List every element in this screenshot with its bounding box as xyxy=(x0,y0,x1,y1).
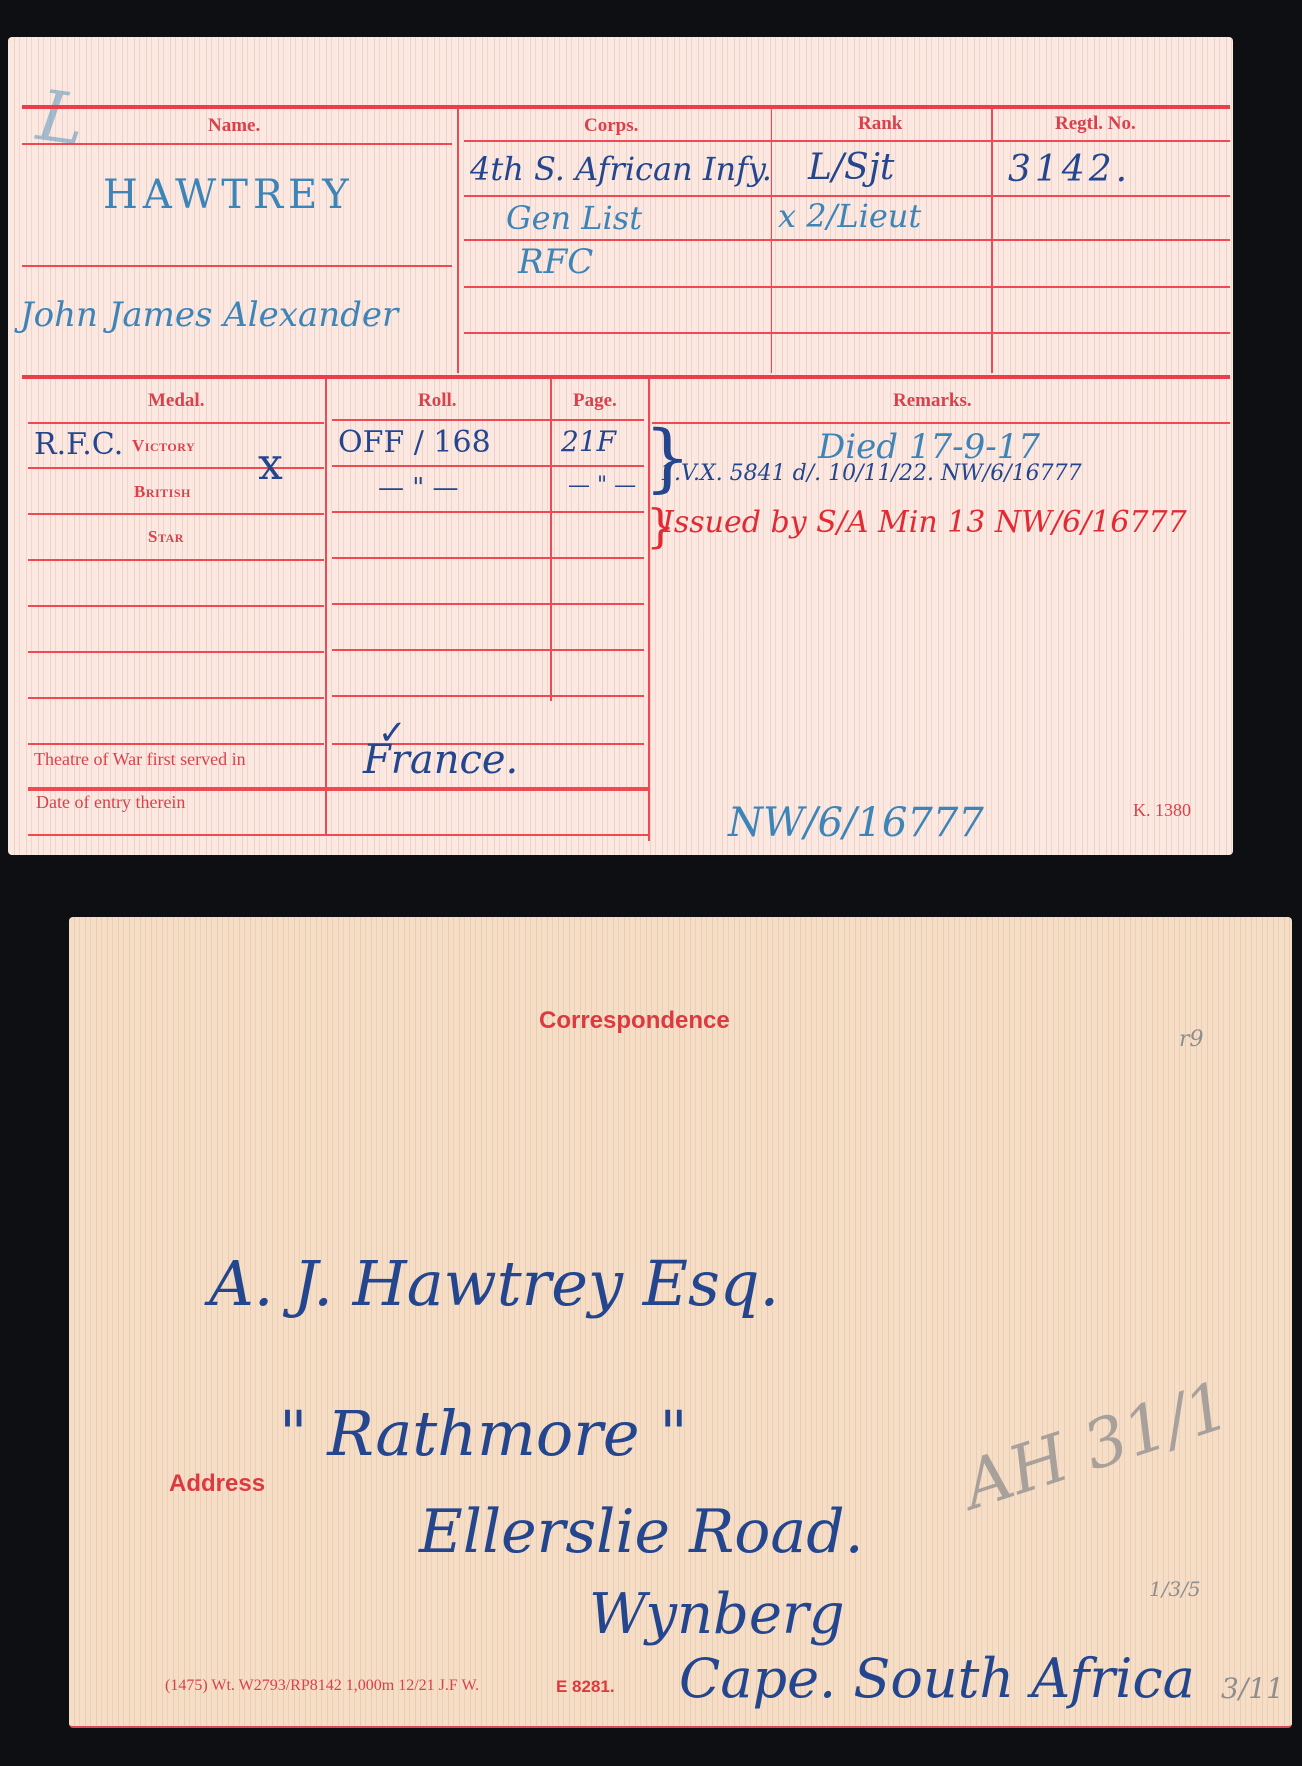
rule xyxy=(28,422,324,424)
pencil-small-note: 1/3/5 xyxy=(1149,1577,1201,1601)
divider xyxy=(550,379,552,701)
header-regtl-no: Regtl. No. xyxy=(1055,113,1136,135)
medal-british: British xyxy=(134,482,191,502)
corps-entry-3: RFC xyxy=(518,242,593,282)
rule xyxy=(22,265,452,267)
rule xyxy=(28,513,324,515)
footer-reference: NW/6/16777 xyxy=(728,800,984,846)
address-line-5: Cape. South Africa xyxy=(679,1647,1195,1710)
roll-british: — " — xyxy=(378,473,459,503)
rule xyxy=(332,557,644,559)
address-label: Address xyxy=(169,1470,265,1498)
rule xyxy=(28,559,324,561)
theatre-value: France. xyxy=(363,737,518,783)
corner-pencil-mark: r9 xyxy=(1179,1027,1204,1052)
forenames: John James Alexander xyxy=(20,295,398,335)
medal-mark: x xyxy=(258,439,283,490)
rule xyxy=(464,332,1230,334)
top-rule xyxy=(22,105,1230,109)
form-number: K. 1380 xyxy=(1133,800,1191,821)
address-line-2: " Rathmore " xyxy=(279,1397,688,1470)
rule xyxy=(22,143,452,145)
divider xyxy=(325,379,327,835)
rule xyxy=(332,511,644,513)
rule xyxy=(332,649,644,651)
date-entry-label: Date of entry therein xyxy=(36,792,185,813)
rule xyxy=(464,140,1230,142)
rule xyxy=(28,789,648,791)
page-victory: 21F xyxy=(561,425,616,458)
rule xyxy=(464,286,1230,288)
regimental-number: 3142. xyxy=(1008,149,1131,190)
medal-victory: Victory xyxy=(132,436,195,456)
rule xyxy=(332,419,644,421)
pencil-date-note: 3/11 xyxy=(1221,1672,1284,1705)
rule xyxy=(332,695,644,697)
rule xyxy=(332,465,644,467)
header-corps: Corps. xyxy=(584,115,638,137)
address-line-1: A. J. Hawtrey Esq. xyxy=(209,1247,779,1320)
rule xyxy=(28,743,324,745)
rule xyxy=(332,603,644,605)
rule xyxy=(652,422,1230,424)
rank-entry-2: x 2/Lieut xyxy=(778,197,921,235)
header-name: Name. xyxy=(208,115,260,137)
corps-entry-2: Gen List xyxy=(506,199,642,237)
header-remarks: Remarks. xyxy=(893,390,972,412)
page-british: — " — xyxy=(568,473,636,498)
header-roll: Roll. xyxy=(418,390,457,412)
margin-mark: L xyxy=(33,74,90,162)
rule xyxy=(28,697,324,699)
section-rule xyxy=(22,375,1230,379)
roll-victory: OFF / 168 xyxy=(338,425,491,460)
medal-index-card-front: L Name. Corps. Rank Regtl. No. HAWTREY J… xyxy=(8,37,1233,855)
remarks-line-2: 1.V.X. 5841 d/. 10/11/22. NW/6/16777 xyxy=(660,461,1082,486)
remarks-issued: Issued by S/A Min 13 NW/6/16777 xyxy=(662,505,1187,540)
surname: HAWTREY xyxy=(103,172,354,218)
address-line-3: Ellerslie Road. xyxy=(419,1497,864,1567)
theatre-label: Theatre of War first served in xyxy=(34,749,246,770)
pencil-initials: AH 31/1 xyxy=(954,1366,1239,1524)
rule xyxy=(28,651,324,653)
header-medal: Medal. xyxy=(148,390,204,412)
header-rank: Rank xyxy=(858,113,902,135)
divider xyxy=(457,109,459,373)
printer-line: (1475) Wt. W2793/RP8142 1,000m 12/21 J.F… xyxy=(165,1677,479,1695)
correspondence-title: Correspondence xyxy=(539,1007,730,1035)
address-line-4: Wynberg xyxy=(589,1582,845,1647)
medal-index-card-back: Correspondence r9 A. J. Hawtrey Esq. Add… xyxy=(69,917,1292,1728)
printer-code: E 8281. xyxy=(556,1677,615,1697)
corps-entry-1: 4th S. African Infy. xyxy=(470,150,772,188)
medal-star: Star xyxy=(148,527,184,547)
header-page: Page. xyxy=(573,390,617,412)
rank-entry-1: L/Sjt xyxy=(808,147,894,188)
medal-prefix: R.F.C. xyxy=(34,427,123,462)
rule xyxy=(464,239,1230,241)
rule xyxy=(28,605,324,607)
rule xyxy=(28,834,648,836)
